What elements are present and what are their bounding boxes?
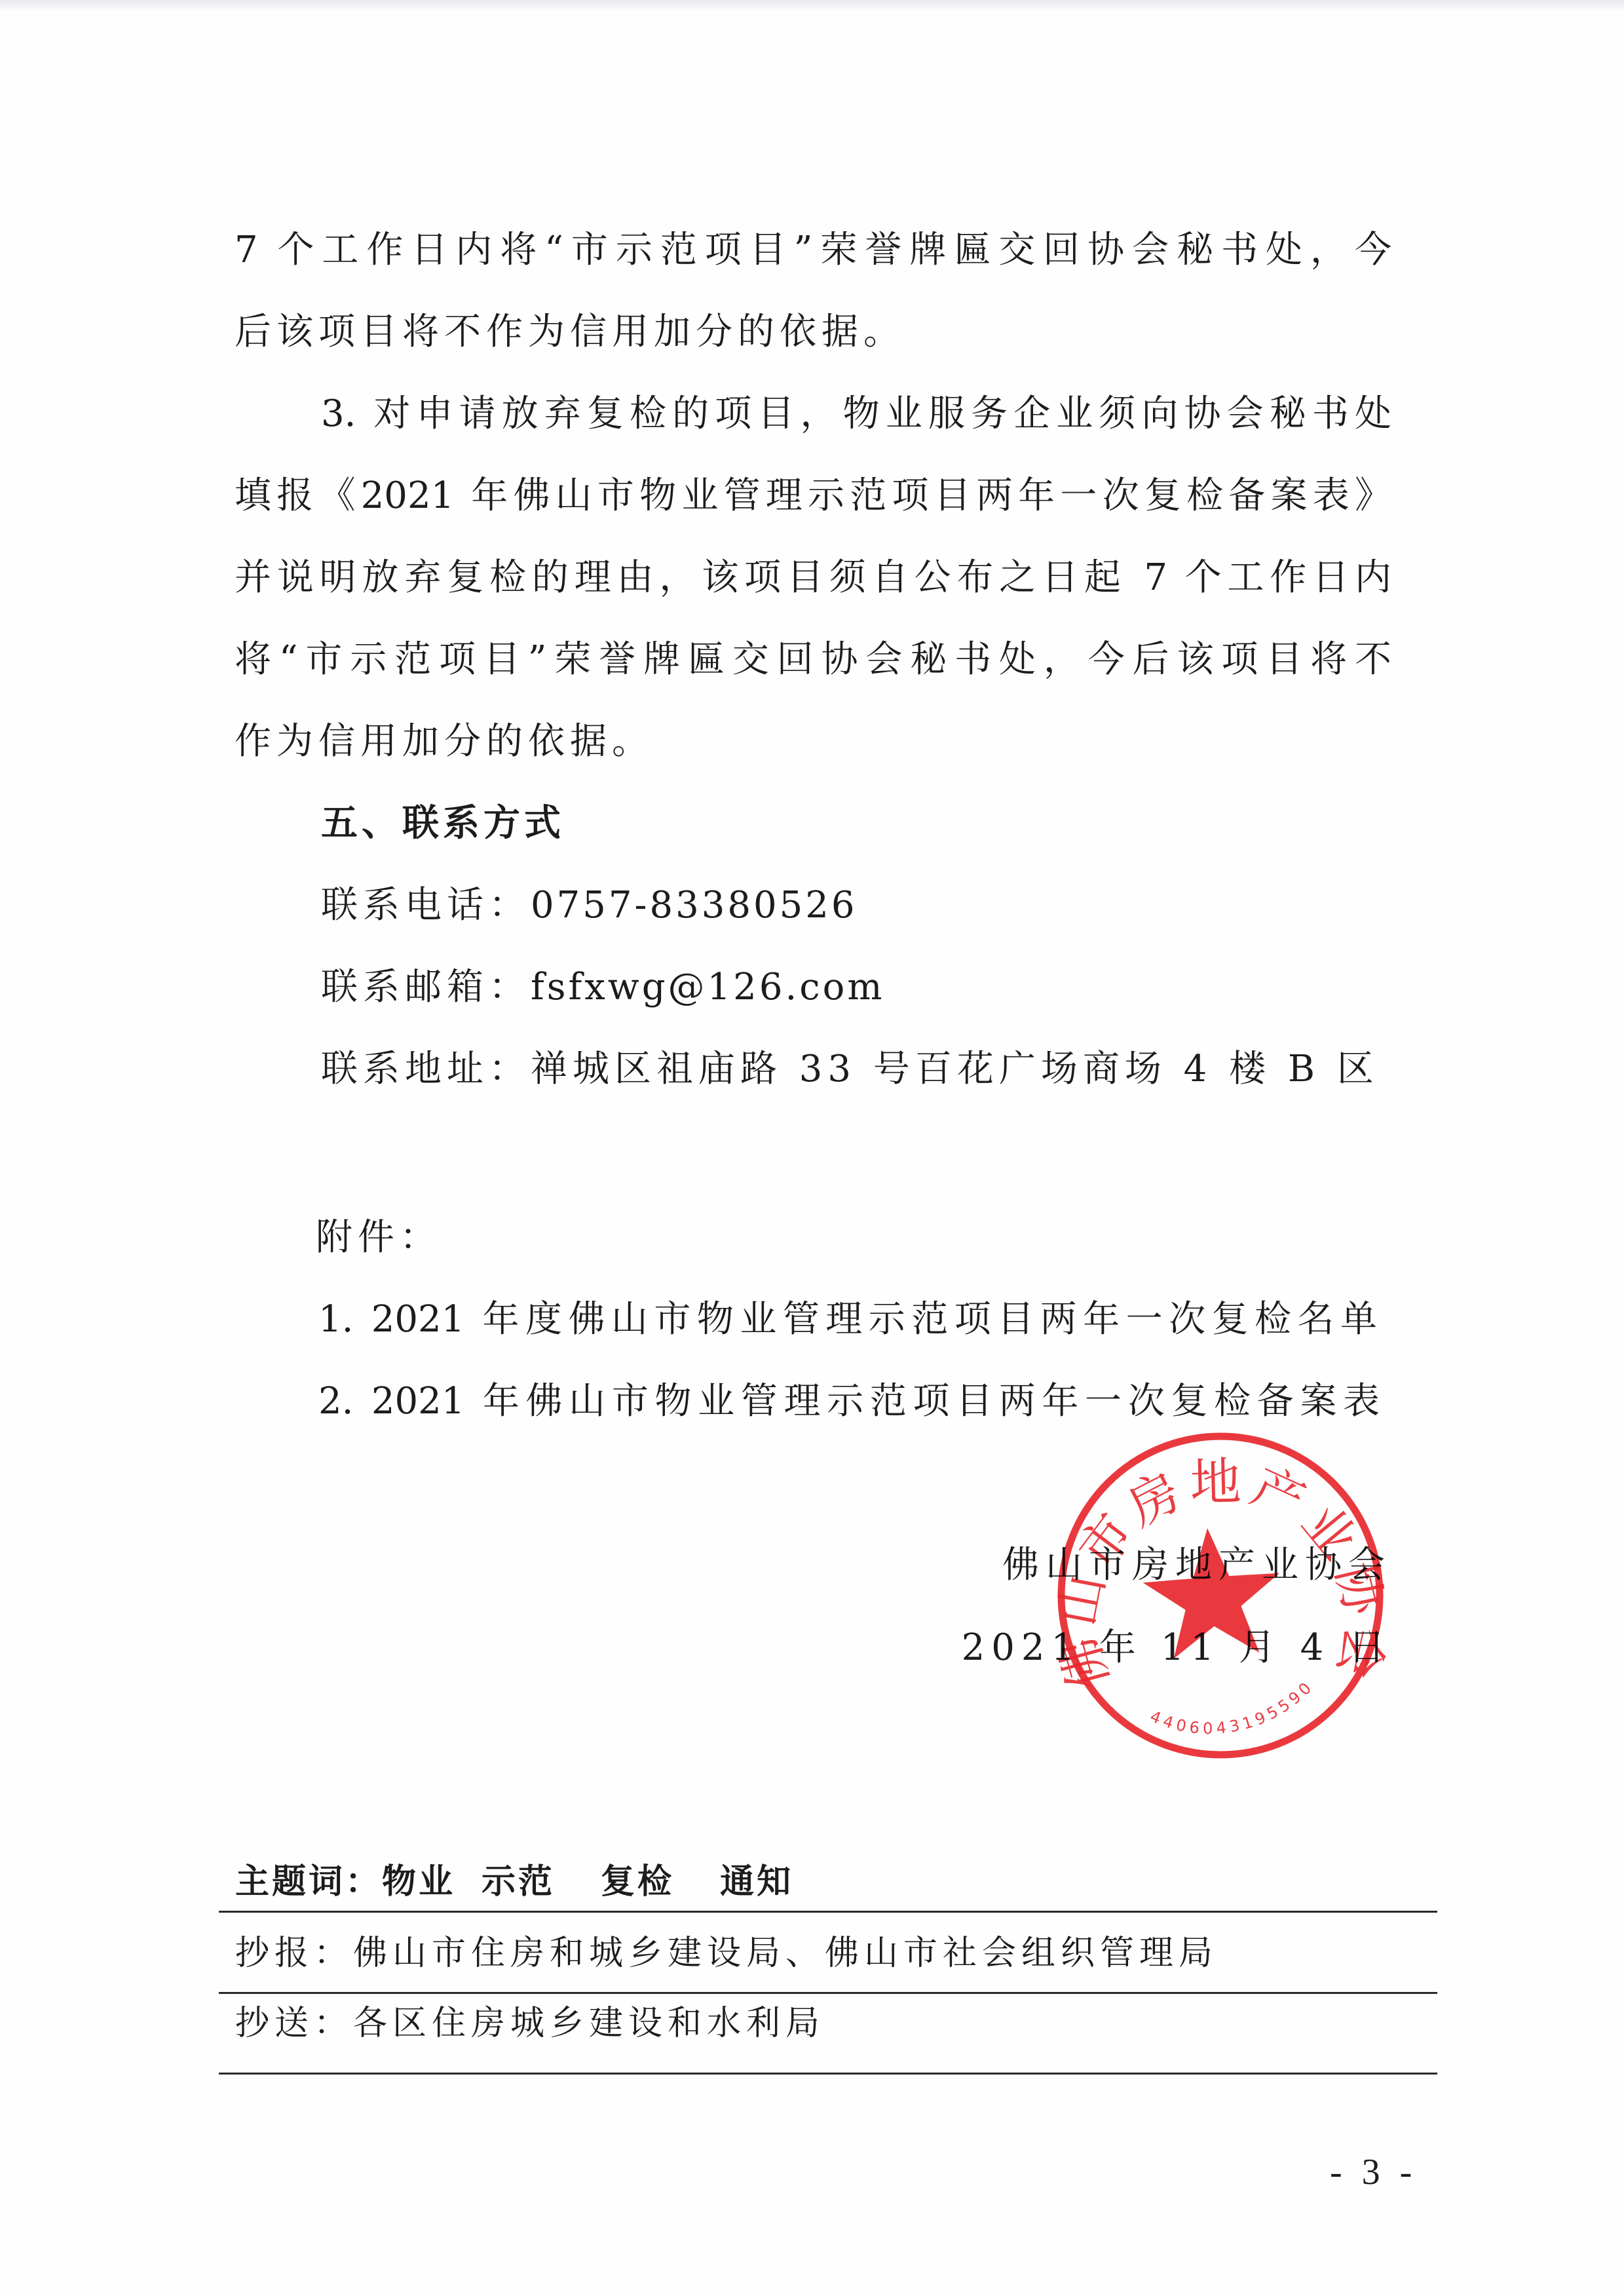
contact-email-row: 联系邮箱：fsfxwg@126.com bbox=[321, 963, 884, 1012]
report-to-row: 抄报：佛山市住房和城乡建设局、佛山市社会组织管理局 bbox=[235, 1930, 1218, 1976]
attachments-label: 附件： bbox=[316, 1213, 442, 1263]
body-line-4: 填报《2021 年佛山市物业管理示范项目两年一次复检备案表》 bbox=[235, 471, 1391, 521]
page-number: - 3 - bbox=[1330, 2149, 1417, 2195]
contact-email-label: 联系邮箱： bbox=[321, 966, 531, 1008]
scan-edge-shadow bbox=[0, 0, 1624, 12]
keyword: 物业 bbox=[382, 1862, 455, 1902]
seal-star-icon bbox=[1139, 1523, 1285, 1660]
report-label: 抄报： bbox=[235, 1934, 353, 1973]
svg-text:4406043195590: 4406043195590 bbox=[1148, 1676, 1318, 1738]
keywords-row: 主题词：物业示范复检通知 bbox=[235, 1859, 820, 1905]
body-line-7: 作为信用加分的依据。 bbox=[235, 717, 654, 767]
body-line-3: 3. 对申请放弃复检的项目，物业服务企业须向协会秘书处 bbox=[321, 389, 1391, 439]
footer-divider bbox=[219, 1911, 1437, 1913]
footer-divider bbox=[219, 2073, 1437, 2075]
body-line-6: 将“市示范项目”荣誉牌匾交回协会秘书处，今后该项目将不 bbox=[235, 635, 1391, 685]
seal-icon: 佛山市房地产业协会 4406043195590 bbox=[1055, 1430, 1386, 1761]
contact-phone-value: 0757-83380526 bbox=[531, 884, 857, 927]
body-line-2: 后该项目将不作为信用加分的依据。 bbox=[235, 307, 905, 357]
body-line-5: 并说明放弃复检的理由，该项目须自公布之日起 7 个工作日内 bbox=[235, 553, 1391, 603]
contact-address-row: 联系地址：禅城区祖庙路 33 号百花广场商场 4 楼 B 区 bbox=[321, 1044, 1379, 1094]
cc-label: 抄送： bbox=[235, 2004, 353, 2043]
keywords-label: 主题词： bbox=[235, 1862, 382, 1902]
report-value: 佛山市住房和城乡建设局、佛山市社会组织管理局 bbox=[353, 1934, 1218, 1973]
contact-address-label: 联系地址： bbox=[321, 1048, 531, 1090]
attachment-item-1: 1. 2021 年度佛山市物业管理示范项目两年一次复检名单 bbox=[318, 1295, 1377, 1345]
footer-divider bbox=[219, 1992, 1437, 1994]
attachment-item-2: 2. 2021 年佛山市物业管理示范项目两年一次复检备案表 bbox=[318, 1377, 1380, 1426]
contact-phone-row: 联系电话：0757-83380526 bbox=[321, 881, 857, 930]
cc-row: 抄送：各区住房城乡建设和水利局 bbox=[235, 2000, 825, 2046]
seal-code: 4406043195590 bbox=[1148, 1676, 1318, 1738]
keyword: 通知 bbox=[720, 1862, 793, 1902]
contact-email-value[interactable]: fsfxwg@126.com bbox=[531, 966, 884, 1008]
body-line-1: 7 个工作日内将“市示范项目”荣誉牌匾交回协会秘书处，今 bbox=[235, 225, 1391, 275]
section-heading: 五、联系方式 bbox=[321, 799, 565, 849]
keyword: 示范 bbox=[482, 1862, 555, 1902]
official-seal: 佛山市房地产业协会 4406043195590 bbox=[1055, 1430, 1386, 1761]
cc-value: 各区住房城乡建设和水利局 bbox=[353, 2004, 825, 2043]
contact-address-value: 禅城区祖庙路 33 号百花广场商场 4 楼 B 区 bbox=[531, 1048, 1379, 1090]
keyword: 复检 bbox=[601, 1862, 674, 1902]
contact-phone-label: 联系电话： bbox=[321, 884, 531, 927]
